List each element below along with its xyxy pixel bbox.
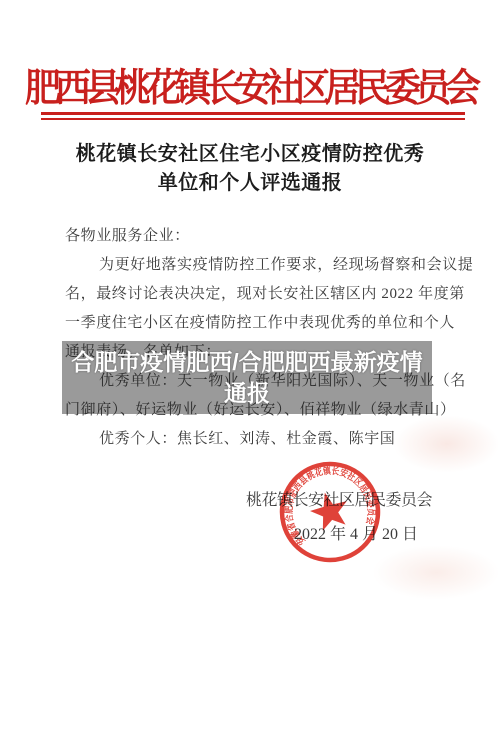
scan-smudge: [372, 545, 500, 600]
official-red-seal: 安徽省合肥市肥西县桃花镇长安社区居民委员会: [263, 445, 398, 580]
watermark-banner-line2: 通报: [62, 378, 432, 409]
letterhead-title: 肥西县桃花镇长安社区居民委员会: [0, 58, 500, 113]
watermark-banner-line1: 合肥市疫情肥西/合肥肥西最新疫情: [62, 347, 432, 378]
body-line-excellent-individuals: 优秀个人：焦长红、刘涛、杜金霞、陈宇国: [65, 425, 439, 454]
body-line: 一季度住宅小区在疫情防控工作中表现优秀的单位和个人: [65, 309, 439, 338]
seal-star-icon: [306, 488, 352, 533]
body-line: 为更好地落实疫情防控工作要求，经现场督察和会议提: [65, 251, 439, 280]
letterhead-double-rule: [41, 112, 465, 120]
scanned-document-page: 肥西县桃花镇长安社区居民委员会 桃花镇长安社区住宅小区疫情防控优秀 单位和个人评…: [0, 0, 500, 743]
document-title-line1: 桃花镇长安社区住宅小区疫情防控优秀: [0, 140, 500, 169]
salutation: 各物业服务企业：: [65, 222, 439, 251]
document-body: 各物业服务企业： 为更好地落实疫情防控工作要求，经现场督察和会议提 名，最终讨论…: [65, 222, 439, 454]
document-title-line2: 单位和个人评选通报: [0, 169, 500, 198]
document-title: 桃花镇长安社区住宅小区疫情防控优秀 单位和个人评选通报: [0, 140, 500, 198]
watermark-banner: 合肥市疫情肥西/合肥肥西最新疫情 通报: [62, 341, 432, 414]
body-line: 名，最终讨论表决决定，现对长安社区辖区内 2022 年度第: [65, 280, 439, 309]
